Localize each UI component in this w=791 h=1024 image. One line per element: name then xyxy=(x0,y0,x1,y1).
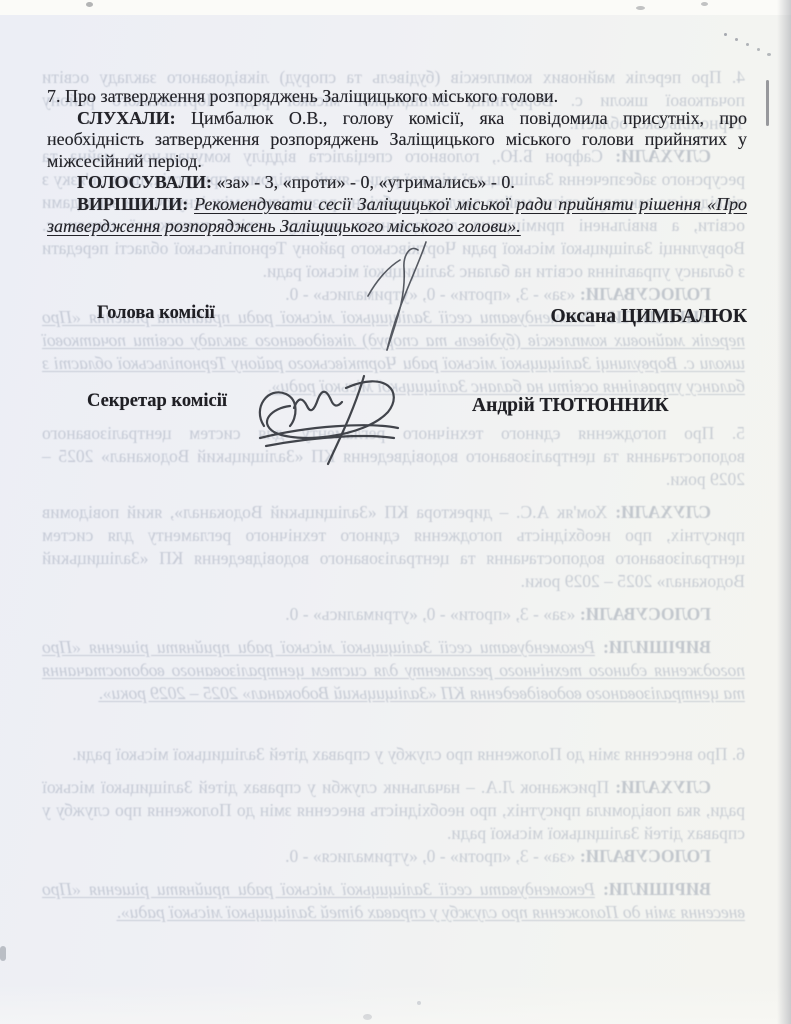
scan-artifact xyxy=(766,80,769,126)
scan-artifact xyxy=(0,946,6,961)
item7-holosuvaly: ГОЛОСУВАЛИ: «за» - 3, «проти» - 0, «утри… xyxy=(47,172,747,194)
scan-artifact xyxy=(757,48,760,51)
signer-name-tiutiunnyk: Андрій ТЮТЮННИК xyxy=(472,395,669,417)
bleed-item6-vyrishyly: ВИРІШИЛИ: Рекомендувати сесії Заліщицько… xyxy=(42,878,745,924)
scan-artifact xyxy=(701,2,708,6)
scan-artifact xyxy=(746,43,749,46)
scan-artifact xyxy=(86,2,93,7)
scan-bottom-fade xyxy=(0,984,791,1024)
signer-role-secretary: Секретар комісії xyxy=(87,391,227,412)
scan-artifact xyxy=(724,33,727,36)
signature-tsymbaliuk xyxy=(338,238,448,358)
bleed-item5-sluhaly: СЛУХАЛИ: Хом'як А.С. – директора КП «Зал… xyxy=(42,501,745,593)
scan-artifact xyxy=(767,53,771,56)
bleed-item5-vyrishyly: ВИРІШИЛИ: Рекомендувати сесії Заліщицько… xyxy=(42,636,745,705)
protocol-item7-block: 7. Про затвердження розпоряджень Заліщиц… xyxy=(47,86,747,237)
signer-role-head: Голова комісії xyxy=(97,303,215,324)
item7-title: 7. Про затвердження розпоряджень Заліщиц… xyxy=(47,86,747,108)
signer-name-tsymbaliuk: Оксана ЦИМБАЛЮК xyxy=(550,306,747,328)
scanner-edge-shadow xyxy=(777,0,791,1024)
scan-artifact xyxy=(636,6,645,10)
bleed-item6-holosuvaly: ГОЛОСУВАЛИ: «за» - 3, «проти» - 0, «утри… xyxy=(42,845,745,868)
bleed-item5-holosuvaly: ГОЛОСУВАЛИ: «за» - 3, «проти» - 0, «утри… xyxy=(42,603,745,626)
signature-tiutiunnyk xyxy=(246,366,416,468)
scanned-protocol-page: { "recto": { "item7": { "title": "7. Про… xyxy=(0,0,791,1024)
scan-artifact xyxy=(735,38,738,41)
item7-vyrishyly: ВИРІШИЛИ: Рекомендувати сесії Заліщицько… xyxy=(47,194,747,237)
bleed-item6-title: 6. Про внесення змін до Положення про сл… xyxy=(42,743,745,766)
bleed-item6-sluhaly: СЛУХАЛИ: Приєжанюк Л.А. – начальник служ… xyxy=(42,776,745,845)
item7-sluhaly: СЛУХАЛИ: Цимбалюк О.В., голову комісії, … xyxy=(47,108,747,173)
